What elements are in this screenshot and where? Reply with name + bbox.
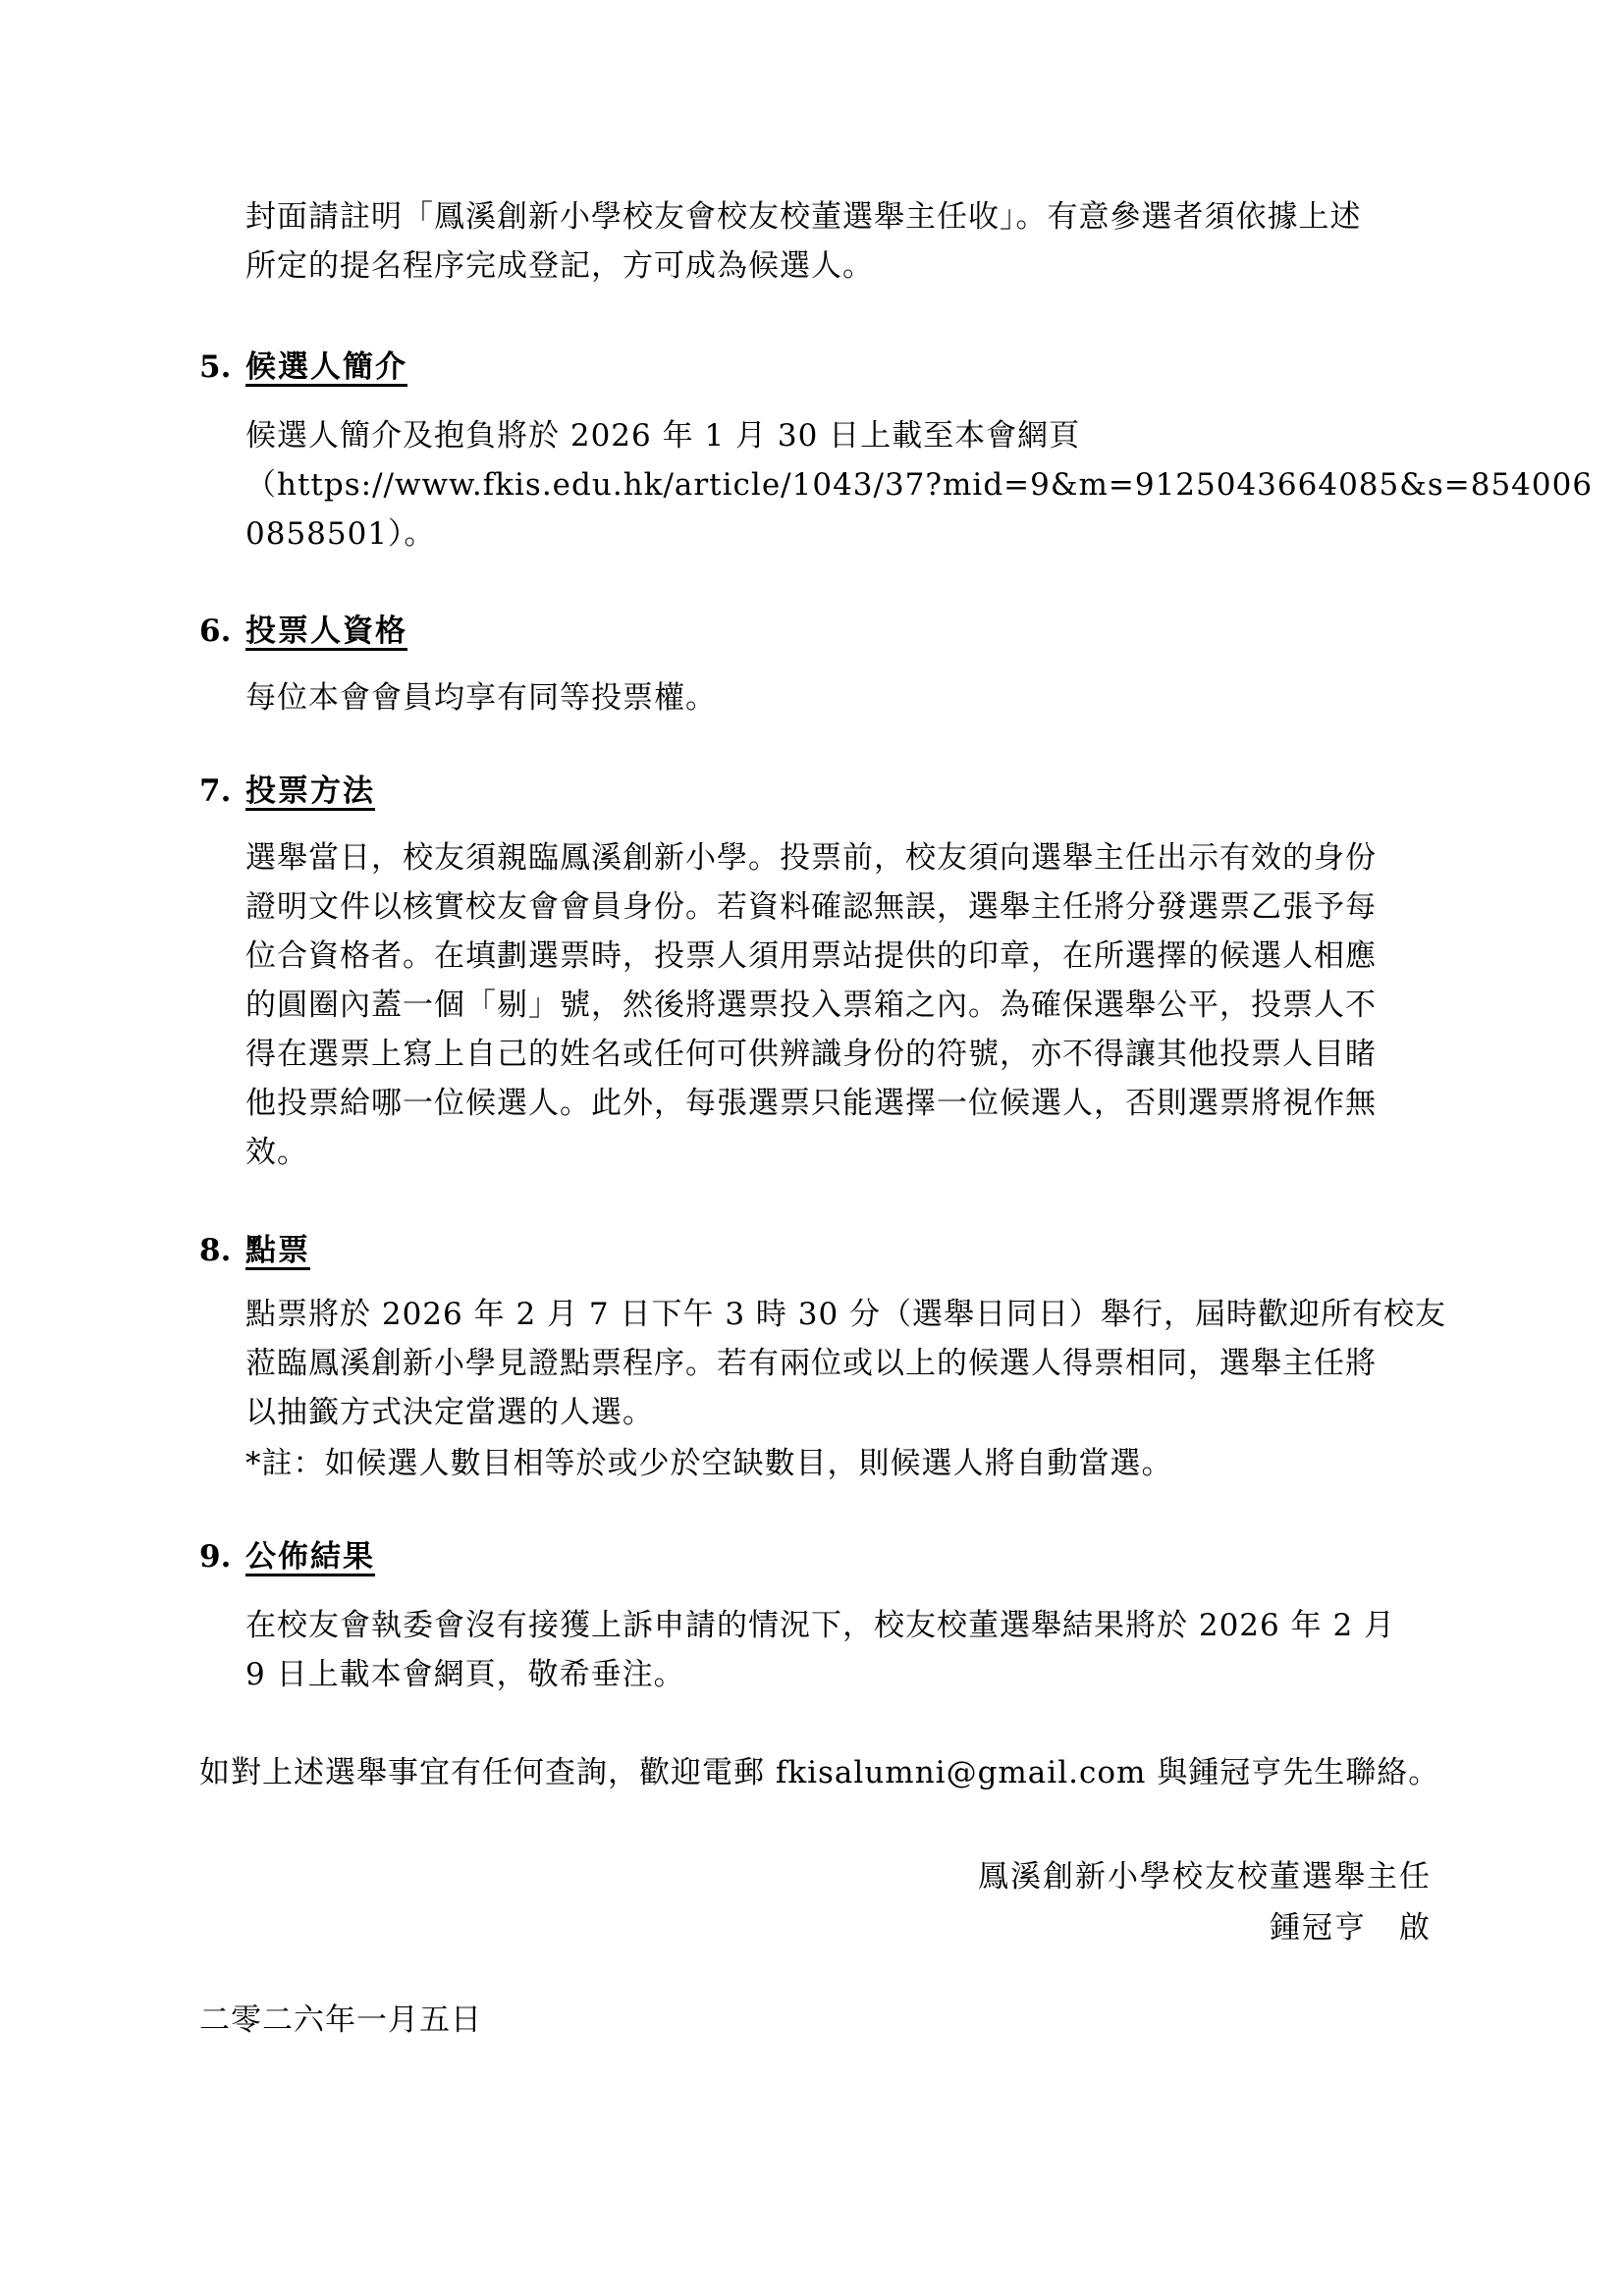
section-candidate-profiles: 5. 候選人簡介 候選人簡介及抱負將於 2026 年 1 月 30 日上載至本會… bbox=[199, 343, 1432, 559]
section-title: 公佈結果 bbox=[245, 1532, 375, 1581]
document-page: 封面請註明「鳳溪創新小學校友會校友校董選舉主任收」。有意參選者須依據上述 所定的… bbox=[0, 0, 1624, 2296]
paragraph-line: 得在選票上寫上自己的姓名或任何可供辨識身份的符號，亦不得讓其他投票人目睹 bbox=[245, 1030, 1432, 1079]
section-number: 5. bbox=[199, 343, 245, 392]
document-date-line: 二零二六年一月五日 bbox=[199, 1996, 1432, 2045]
section-body: 每位本會會員均享有同等投票權。 bbox=[245, 673, 1432, 722]
paragraph-line: 的圓圈內蓋一個「剔」號，然後將選票投入票箱之內。為確保選舉公平，投票人不 bbox=[245, 981, 1432, 1030]
paragraph-line: 以抽籤方式決定當選的人選。 bbox=[245, 1388, 1432, 1437]
section-heading: 5. 候選人簡介 bbox=[199, 343, 1432, 392]
paragraph-line: 每位本會會員均享有同等投票權。 bbox=[245, 673, 1432, 722]
paragraph-line: 他投票給哪一位候選人。此外，每張選票只能選擇一位候選人，否則選票將視作無 bbox=[245, 1079, 1432, 1128]
paragraph-line: 效。 bbox=[245, 1128, 1432, 1177]
signature-name-line: 鍾冠亨 啟 bbox=[199, 1902, 1432, 1953]
paragraph-line: 證明文件以核實校友會會員身份。若資料確認無誤，選舉主任將分發選票乙張予每 bbox=[245, 882, 1432, 932]
section-results-announcement: 9. 公佈結果 在校友會執委會沒有接獲上訴申請的情況下，校友校董選舉結果將於 2… bbox=[199, 1532, 1432, 1699]
section-body: 候選人簡介及抱負將於 2026 年 1 月 30 日上載至本會網頁 （https… bbox=[245, 411, 1432, 559]
section-title: 投票方法 bbox=[245, 767, 375, 816]
paragraph-line: 候選人簡介及抱負將於 2026 年 1 月 30 日上載至本會網頁 bbox=[245, 411, 1432, 460]
section-body: 點票將於 2026 年 2 月 7 日下午 3 時 30 分（選舉日同日）舉行，… bbox=[245, 1290, 1432, 1488]
website-url-line: （https://www.fkis.edu.hk/article/1043/37… bbox=[245, 460, 1432, 509]
intro-paragraph: 封面請註明「鳳溪創新小學校友會校友校董選舉主任收」。有意參選者須依據上述 所定的… bbox=[245, 192, 1432, 291]
paragraph-line: 位合資格者。在填劃選票時，投票人須用票站提供的印章，在所選擇的候選人相應 bbox=[245, 932, 1432, 981]
paragraph-line: 選舉當日，校友須親臨鳳溪創新小學。投票前，校友須向選舉主任出示有效的身份 bbox=[245, 833, 1432, 882]
enquiry-contact: 如對上述選舉事宜有任何查詢，歡迎電郵 fkisalumni@gmail.com … bbox=[199, 1748, 1432, 1797]
paragraph-line: 9 日上載本會網頁，敬希垂注。 bbox=[245, 1650, 1432, 1699]
section-heading: 6. 投票人資格 bbox=[199, 607, 1432, 656]
section-voter-eligibility: 6. 投票人資格 每位本會會員均享有同等投票權。 bbox=[199, 607, 1432, 722]
section-title: 候選人簡介 bbox=[245, 343, 407, 392]
signature-block: 鳳溪創新小學校友校董選舉主任 鍾冠亨 啟 bbox=[199, 1851, 1432, 1953]
section-number: 7. bbox=[199, 767, 245, 816]
section-heading: 8. 點票 bbox=[199, 1226, 1432, 1275]
enquiry-contact-line: 如對上述選舉事宜有任何查詢，歡迎電郵 fkisalumni@gmail.com … bbox=[199, 1748, 1432, 1797]
section-heading: 9. 公佈結果 bbox=[199, 1532, 1432, 1581]
paragraph-line: 在校友會執委會沒有接獲上訴申請的情況下，校友校董選舉結果將於 2026 年 2 … bbox=[245, 1601, 1432, 1650]
section-body: 選舉當日，校友須親臨鳳溪創新小學。投票前，校友須向選舉主任出示有效的身份 證明文… bbox=[245, 833, 1432, 1177]
section-title: 點票 bbox=[245, 1226, 310, 1275]
paragraph-line: 蒞臨鳳溪創新小學見證點票程序。若有兩位或以上的候選人得票相同，選舉主任將 bbox=[245, 1339, 1432, 1388]
section-body: 在校友會執委會沒有接獲上訴申請的情況下，校友校董選舉結果將於 2026 年 2 … bbox=[245, 1601, 1432, 1699]
website-url-line: 0858501）。 bbox=[245, 509, 1432, 559]
paragraph-line: 封面請註明「鳳溪創新小學校友會校友校董選舉主任收」。有意參選者須依據上述 bbox=[245, 192, 1432, 241]
document-date: 二零二六年一月五日 bbox=[199, 1996, 1432, 2045]
section-number: 9. bbox=[199, 1532, 245, 1581]
section-number: 6. bbox=[199, 607, 245, 656]
paragraph-line: 點票將於 2026 年 2 月 7 日下午 3 時 30 分（選舉日同日）舉行，… bbox=[245, 1290, 1432, 1339]
signature-title-line: 鳳溪創新小學校友校董選舉主任 bbox=[199, 1851, 1432, 1902]
section-heading: 7. 投票方法 bbox=[199, 767, 1432, 816]
section-number: 8. bbox=[199, 1226, 245, 1275]
section-title: 投票人資格 bbox=[245, 607, 407, 656]
footnote-line: *註：如候選人數目相等於或少於空缺數目，則候選人將自動當選。 bbox=[245, 1439, 1432, 1488]
section-vote-counting: 8. 點票 點票將於 2026 年 2 月 7 日下午 3 時 30 分（選舉日… bbox=[199, 1226, 1432, 1488]
section-voting-method: 7. 投票方法 選舉當日，校友須親臨鳳溪創新小學。投票前，校友須向選舉主任出示有… bbox=[199, 767, 1432, 1177]
paragraph-line: 所定的提名程序完成登記，方可成為候選人。 bbox=[245, 241, 1432, 291]
